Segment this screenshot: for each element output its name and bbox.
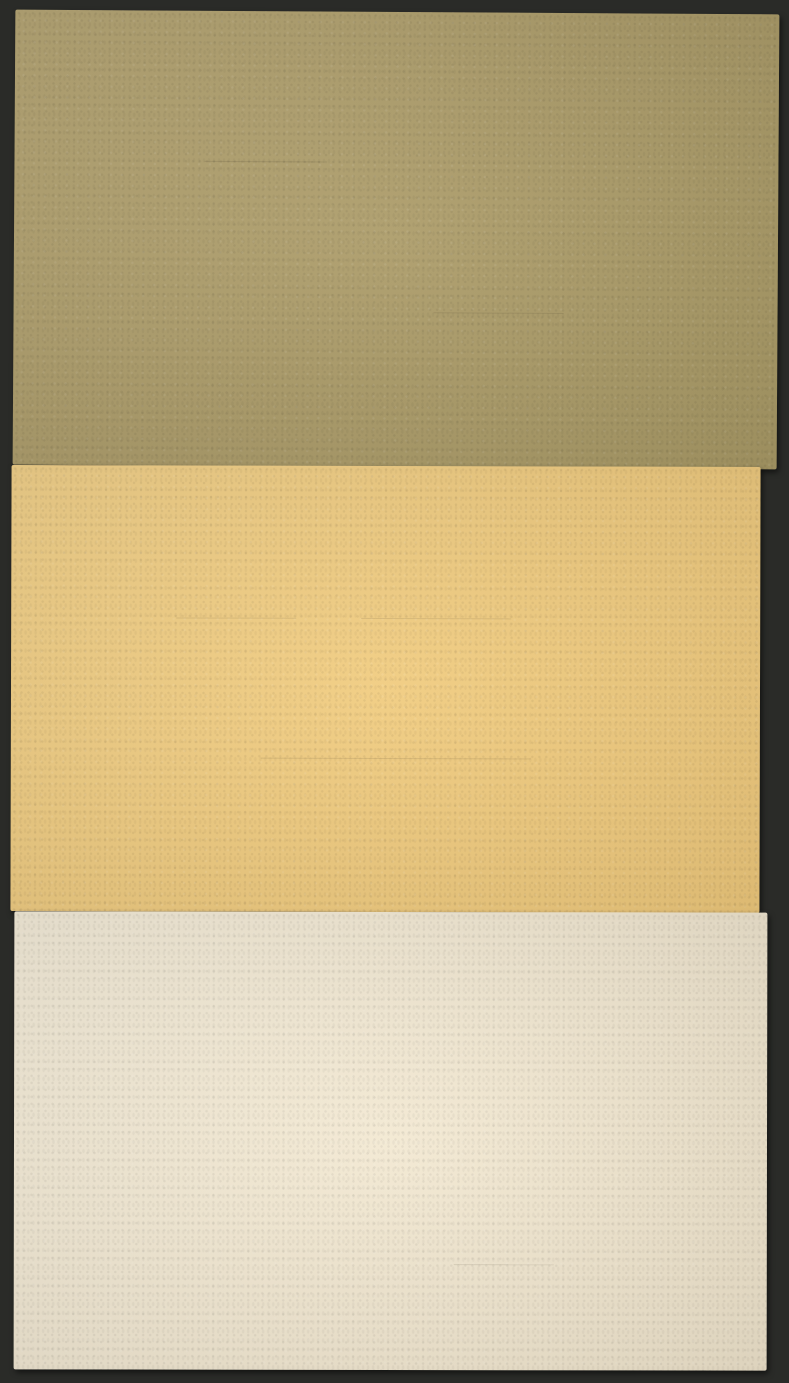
paper-shading xyxy=(14,911,768,1370)
yellow-paper-card xyxy=(10,465,760,913)
cream-paper-card xyxy=(14,911,768,1370)
show-through-line xyxy=(454,1264,554,1265)
paper-shading xyxy=(13,10,780,470)
khaki-paper-card xyxy=(13,10,780,470)
paper-shading xyxy=(10,465,760,913)
